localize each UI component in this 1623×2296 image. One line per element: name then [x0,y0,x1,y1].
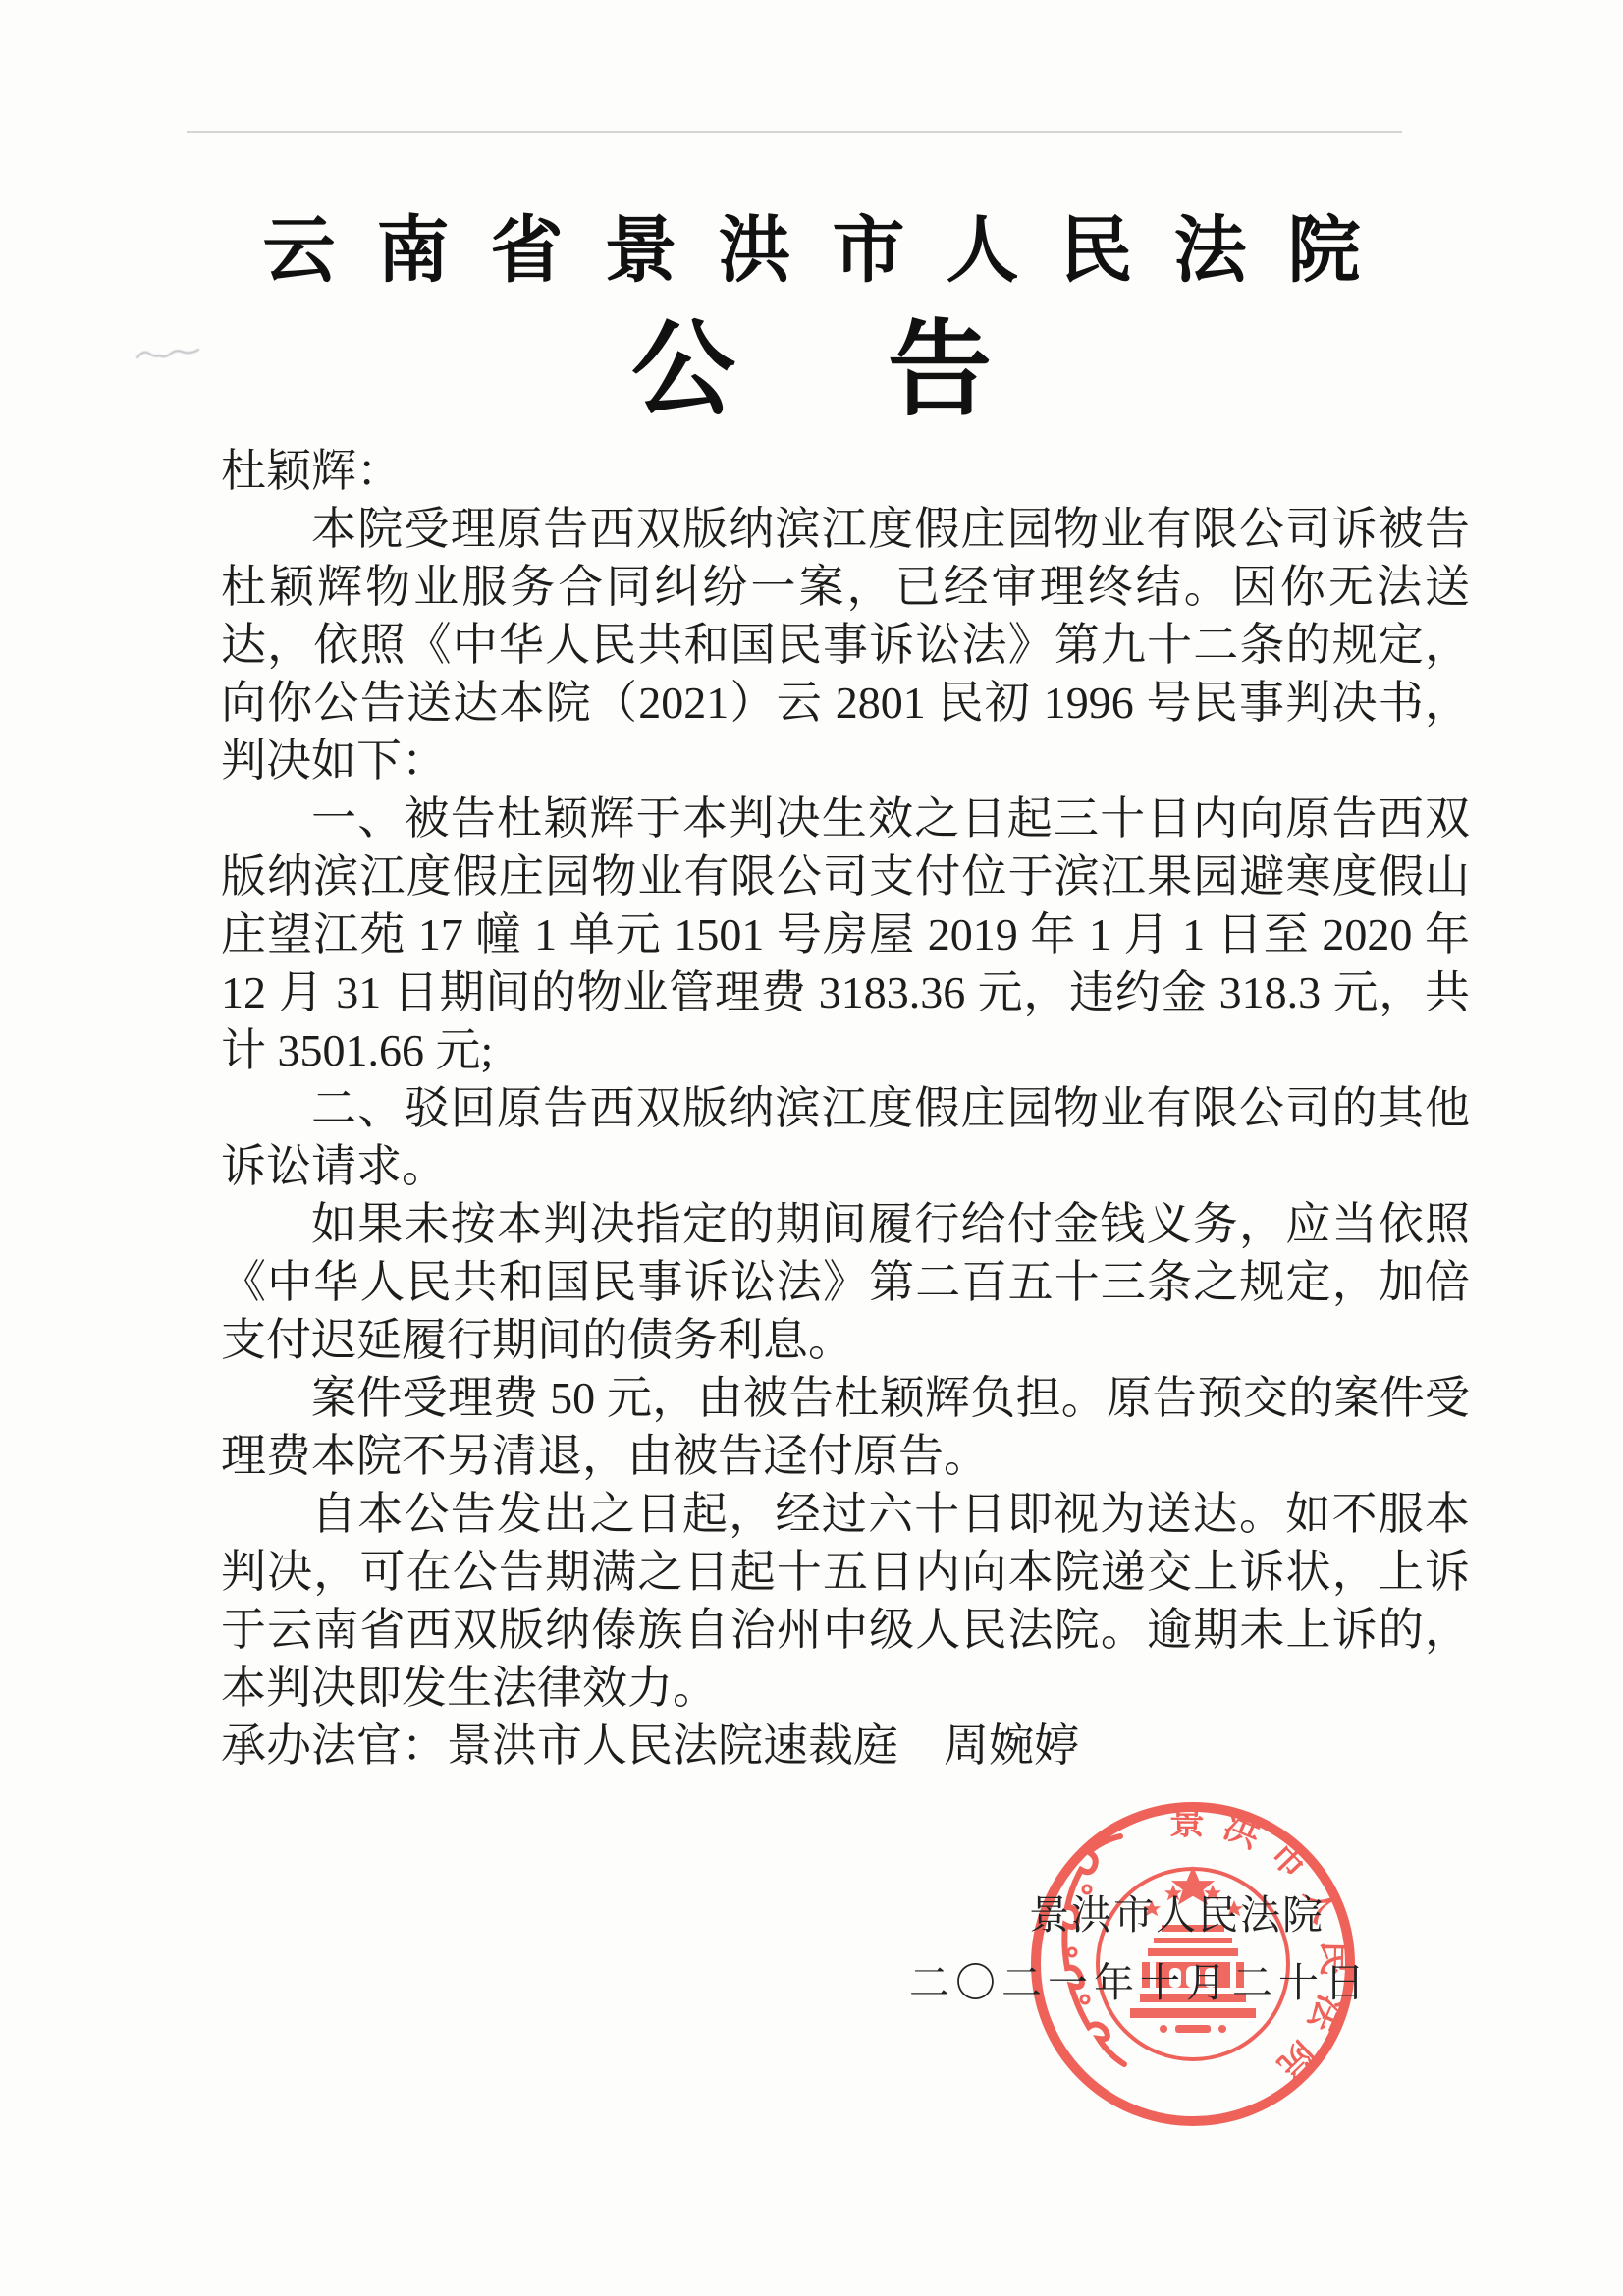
paragraph-1: 本院受理原告西双版纳滨江度假庄园物业有限公司诉被告杜颖辉物业服务合同纠纷一案，已… [221,500,1470,790]
paragraph-2: 一、被告杜颖辉于本判决生效之日起三十日内向原告西双版纳滨江度假庄园物业有限公司支… [221,790,1470,1079]
document-page: 云南省景洪市人民法院 公告 杜颖辉： 本院受理原告西双版纳滨江度假庄园物业有限公… [0,0,1623,2296]
paragraph-5: 案件受理费 50 元，由被告杜颖辉负担。原告预交的案件受理费本院不另清退，由被告… [221,1369,1470,1485]
signature-date: 二〇二一年十月二十日 [909,1950,1371,2008]
judge-line: 承办法官：景洪市人民法院速裁庭 周婉婷 [221,1717,1470,1775]
recipient-name: 杜颖辉： [221,442,1470,500]
scan-smudge [135,342,206,367]
paragraph-4: 如果未按本判决指定的期间履行给付金钱义务，应当依照《中华人民共和国民事诉讼法》第… [221,1195,1470,1369]
doc-title: 公告 [0,287,1623,436]
court-name: 云南省景洪市人民法院 [0,192,1623,297]
scan-line-artifact [187,131,1402,133]
paragraph-6: 自本公告发出之日起，经过六十日即视为送达。如不服本判决，可在公告期满之日起十五日… [221,1485,1470,1717]
paragraph-3: 二、驳回原告西双版纳滨江度假庄园物业有限公司的其他诉讼请求。 [221,1079,1470,1195]
announcement-body: 杜颖辉： 本院受理原告西双版纳滨江度假庄园物业有限公司诉被告杜颖辉物业服务合同纠… [221,442,1470,1775]
signature-court: 景洪市人民法院 [1029,1883,1325,1941]
